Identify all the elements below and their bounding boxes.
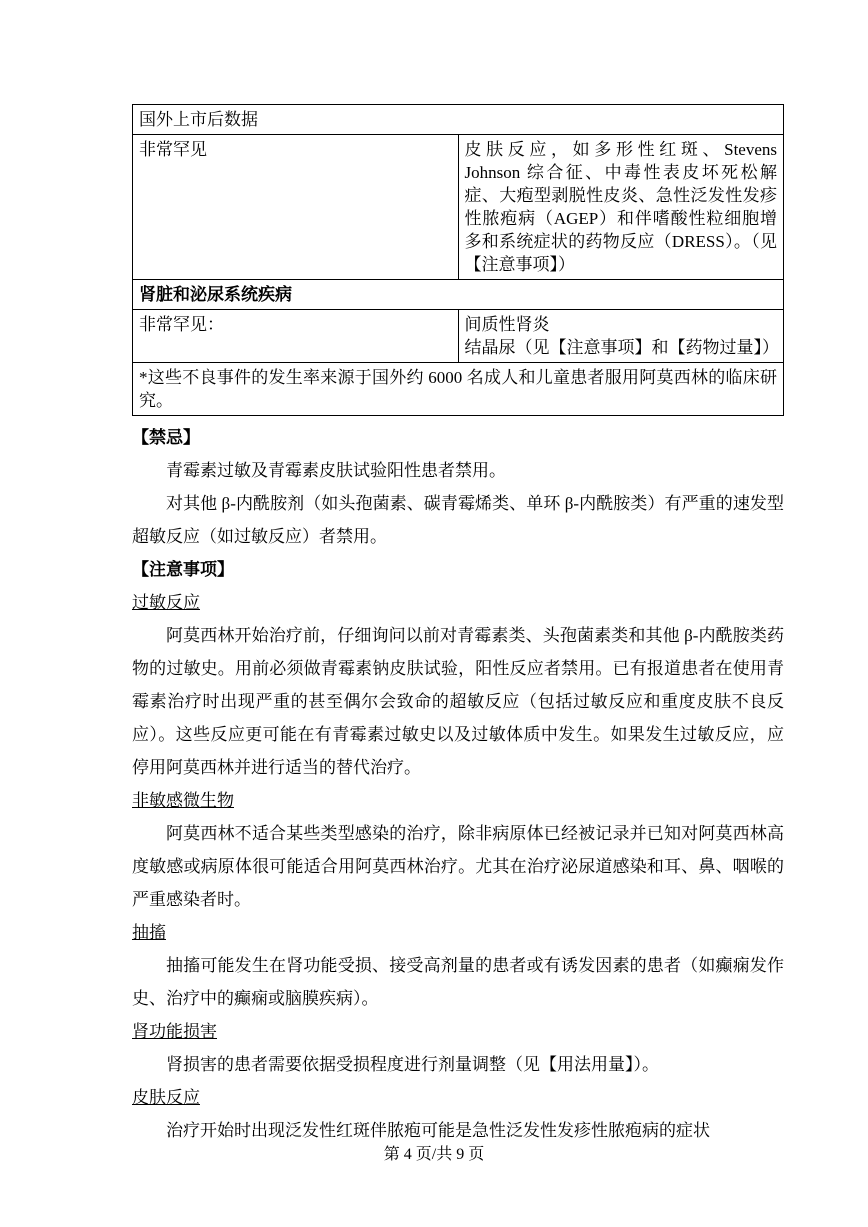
table-row: 非常罕见 皮肤反应，如多形性红斑、Stevens Johnson 综合征、中毒性… [133, 135, 784, 280]
document-page: 国外上市后数据 非常罕见 皮肤反应，如多形性红斑、Stevens Johnson… [132, 104, 784, 1147]
page-number: 第 4 页/共 9 页 [0, 1143, 868, 1167]
paragraph: 阿莫西林不适合某些类型感染的治疗，除非病原体已经被记录并已知对阿莫西林高度敏感或… [132, 817, 784, 916]
section-contraindications: 【禁忌】 青霉素过敏及青霉素皮肤试验阳性患者禁用。 对其他 β-内酰胺剂（如头孢… [132, 421, 784, 553]
section-heading: 【注意事项】 [132, 553, 784, 586]
paragraph: 抽搐可能发生在肾功能受损、接受高剂量的患者或有诱发因素的患者（如癫痫发作史、治疗… [132, 949, 784, 1015]
table-row: 非常罕见： 间质性肾炎 结晶尿（见【注意事项】和【药物过量】） [133, 310, 784, 363]
subsection-nonsusceptible-microorganisms: 非敏感微生物 阿莫西林不适合某些类型感染的治疗，除非病原体已经被记录并已知对阿莫… [132, 784, 784, 916]
section-heading: 【禁忌】 [132, 421, 784, 454]
subsection-allergic-reactions: 过敏反应 阿莫西林开始治疗前，仔细询问以前对青霉素类、头孢菌素类和其他 β-内酰… [132, 586, 784, 784]
paragraph: 肾损害的患者需要依据受损程度进行剂量调整（见【用法用量】）。 [132, 1048, 784, 1081]
table-group-header: 国外上市后数据 [133, 105, 784, 135]
events-cell: 皮肤反应，如多形性红斑、Stevens Johnson 综合征、中毒性表皮坏死松… [458, 135, 784, 280]
section-precautions: 【注意事项】 过敏反应 阿莫西林开始治疗前，仔细询问以前对青霉素类、头孢菌素类和… [132, 553, 784, 1147]
adverse-events-table: 国外上市后数据 非常罕见 皮肤反应，如多形性红斑、Stevens Johnson… [132, 104, 784, 416]
table-footnote: *这些不良事件的发生率来源于国外约 6000 名成人和儿童患者服用阿莫西林的临床… [133, 363, 784, 416]
subsection-title: 抽搐 [132, 916, 784, 949]
events-cell: 间质性肾炎 结晶尿（见【注意事项】和【药物过量】） [458, 310, 784, 363]
paragraph: 青霉素过敏及青霉素皮肤试验阳性患者禁用。 [132, 454, 784, 487]
subsection-convulsions: 抽搐 抽搐可能发生在肾功能受损、接受高剂量的患者或有诱发因素的患者（如癫痫发作史… [132, 916, 784, 1015]
event-line: 结晶尿（见【注意事项】和【药物过量】） [465, 336, 778, 359]
table-group-header: 肾脏和泌尿系统疾病 [133, 280, 784, 310]
subsection-title: 皮肤反应 [132, 1081, 784, 1114]
subsection-title: 肾功能损害 [132, 1015, 784, 1048]
table-row: 肾脏和泌尿系统疾病 [133, 280, 784, 310]
frequency-cell: 非常罕见： [133, 310, 459, 363]
subsection-skin-reactions: 皮肤反应 治疗开始时出现泛发性红斑伴脓疱可能是急性泛发性发疹性脓疱病的症状 [132, 1081, 784, 1147]
table-row: 国外上市后数据 [133, 105, 784, 135]
event-line: 间质性肾炎 [465, 313, 778, 336]
paragraph: 阿莫西林开始治疗前，仔细询问以前对青霉素类、头孢菌素类和其他 β-内酰胺类药物的… [132, 619, 784, 784]
frequency-cell: 非常罕见 [133, 135, 459, 280]
subsection-renal-impairment: 肾功能损害 肾损害的患者需要依据受损程度进行剂量调整（见【用法用量】）。 [132, 1015, 784, 1081]
subsection-title: 非敏感微生物 [132, 784, 784, 817]
table-row: *这些不良事件的发生率来源于国外约 6000 名成人和儿童患者服用阿莫西林的临床… [133, 363, 784, 416]
paragraph: 对其他 β-内酰胺剂（如头孢菌素、碳青霉烯类、单环 β-内酰胺类）有严重的速发型… [132, 487, 784, 553]
subsection-title: 过敏反应 [132, 586, 784, 619]
